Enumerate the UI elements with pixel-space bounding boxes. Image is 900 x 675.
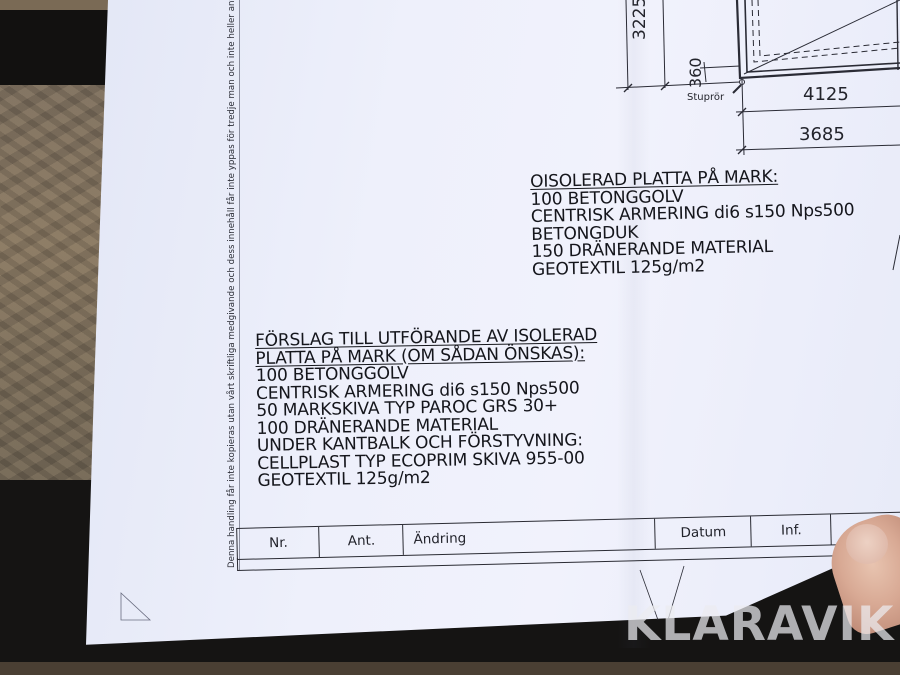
downpipe-label: Stuprör <box>687 92 724 103</box>
column-header-datum: Datum <box>654 516 752 548</box>
uninsulated-slab-spec: OISOLERAD PLATTA PÅ MARK: 100 BETONGGOLV… <box>530 167 856 279</box>
dimension-4125: 4125 <box>803 84 849 105</box>
thumbnail-nail <box>846 524 888 564</box>
column-header-inf: Inf. <box>750 514 832 546</box>
insulated-slab-proposal: FÖRSLAG TILL UTFÖRANDE AV ISOLERAD PLATT… <box>255 327 600 490</box>
watermark-logo: KLARAVIK <box>624 601 894 648</box>
column-header-ant: Ant. <box>318 525 404 557</box>
dimension-3685: 3685 <box>799 124 845 145</box>
dimension-3225: 3225 <box>630 0 650 40</box>
column-header-nr: Nr. <box>236 527 320 559</box>
dimension-360: 360 <box>686 57 705 88</box>
